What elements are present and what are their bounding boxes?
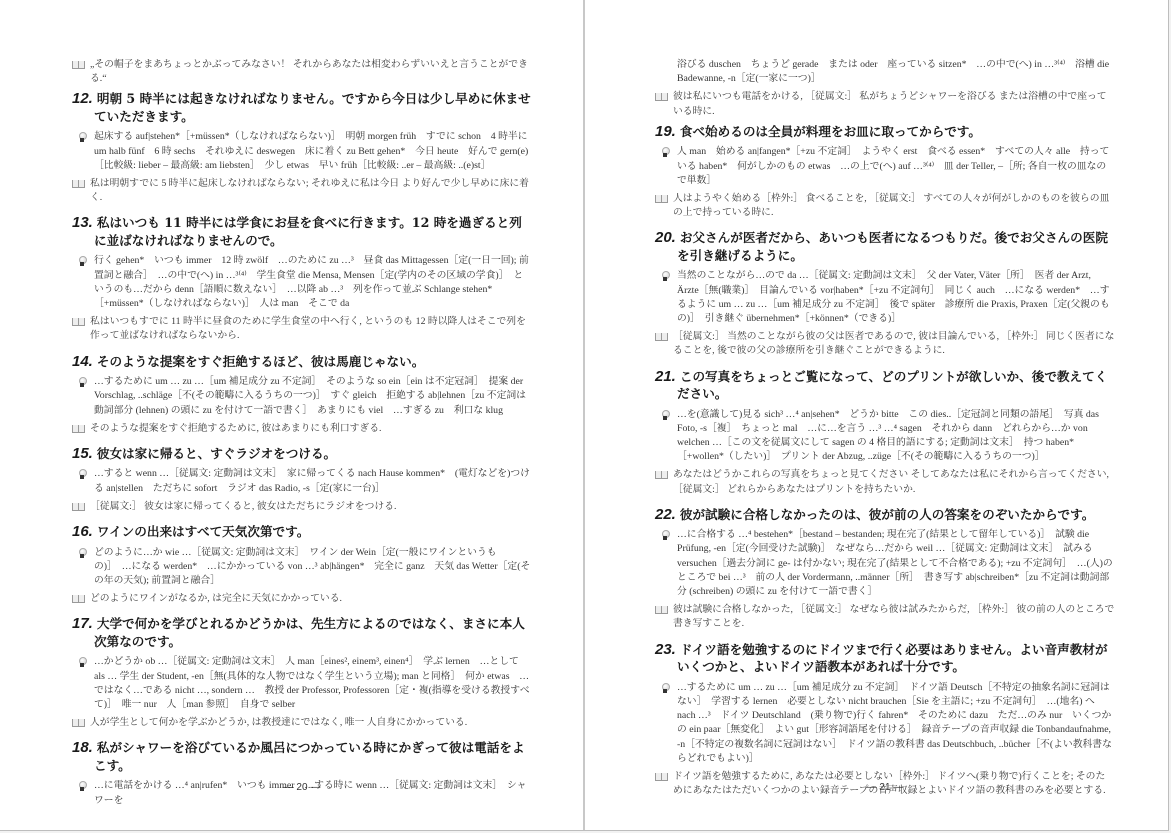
vocabulary-notes: どのように…か wie …［従属文: 定動詞は文末］ ワイン der Wein［… bbox=[78, 546, 532, 589]
exercise-number: 14. bbox=[72, 353, 93, 370]
book-spread: „その帽子をまあちょっとかぶってみなさい！ それからあなたは相変わらずいいえと言… bbox=[0, 0, 1169, 831]
exercise-number: 20. bbox=[655, 229, 676, 246]
open-book-icon bbox=[655, 606, 668, 614]
exercise-title: 21.この写真をちょっとご覧になって、どのプリントが欲しいか、後で教えてください… bbox=[655, 368, 1115, 403]
exercise-title: 23.ドイツ語を勉強するのにドイツまで行く必要はありません。よい音声教材がいくつ… bbox=[655, 641, 1115, 676]
open-book-icon bbox=[72, 719, 85, 727]
literal-translation: 人はようやく始める［枠外:］ 食べることを, ［従属文:］ すべての人々が何がし… bbox=[655, 192, 1115, 220]
exercise-number: 23. bbox=[655, 641, 676, 658]
exercise-item-22: 22.彼が試験に合格しなかったのは、彼が前の人の答案をのぞいたからです。 …に合… bbox=[655, 506, 1115, 632]
vocabulary-notes: …するために um … zu …［um 補足成分 zu 不定詞］ そのような s… bbox=[78, 375, 532, 418]
exercise-number: 19. bbox=[655, 123, 676, 140]
literal-translation: 彼は試験に合格しなかった, ［従属文:］ なぜなら彼は試みたからだ, ［枠外:］… bbox=[655, 603, 1115, 631]
exercise-item-14: 14.そのような提案をすぐ拒絶するほど、彼は馬鹿じゃない。 …するために um … bbox=[72, 353, 532, 436]
exercise-title: 18.私がシャワーを浴びているか風呂につかっている時にかぎって彼は電話をよこす。 bbox=[72, 739, 532, 774]
literal-translation: あなたはどうかこれらの写真をちょっと見てください そしてあなたは私にそれから言っ… bbox=[655, 468, 1115, 496]
page-number-left: — 20 — bbox=[72, 782, 532, 793]
open-book-icon bbox=[655, 333, 668, 341]
light-bulb-icon bbox=[78, 469, 86, 480]
open-book-icon bbox=[655, 93, 668, 101]
vocabulary-notes: …するために um … zu …［um 補足成分 zu 不定詞］ ドイツ語 De… bbox=[661, 681, 1115, 766]
exercise-number: 16. bbox=[72, 523, 93, 540]
open-book-icon bbox=[72, 61, 85, 69]
left-page: „その帽子をまあちょっとかぶってみなさい！ それからあなたは相変わらずいいえと言… bbox=[72, 58, 532, 817]
exercise-item-18: 18.私がシャワーを浴びているか風呂につかっている時にかぎって彼は電話をよこす。… bbox=[72, 739, 532, 807]
open-book-icon bbox=[655, 773, 668, 781]
carryover-literal: „その帽子をまあちょっとかぶってみなさい！ それからあなたは相変わらずいいえと言… bbox=[72, 58, 532, 86]
light-bulb-icon bbox=[661, 530, 669, 541]
vocabulary-notes: 起床する auf|stehen*［+müssen*（しなければならない)］ 明朝… bbox=[78, 130, 532, 173]
open-book-icon bbox=[72, 425, 85, 433]
exercise-number: 17. bbox=[72, 615, 93, 632]
carryover-vocabulary: 浴びる duschen ちょうど gerade または oder 座っている s… bbox=[661, 58, 1115, 86]
light-bulb-icon bbox=[661, 683, 669, 694]
exercise-title: 17.大学で何かを学びとれるかどうかは、先生方によるのではなく、まさに本人次第な… bbox=[72, 615, 532, 650]
exercise-title: 15.彼女は家に帰ると、すぐラジオをつける。 bbox=[72, 445, 532, 463]
exercise-number: 21. bbox=[655, 368, 676, 385]
open-book-icon bbox=[72, 318, 85, 326]
open-book-icon bbox=[72, 503, 85, 511]
literal-translation: 私はいつもすでに 11 時半に昼食のために学生食堂の中へ行く, というのも 12… bbox=[72, 315, 532, 343]
exercise-number: 15. bbox=[72, 445, 93, 462]
exercise-item-19: 19.食べ始めるのは全員が料理をお皿に取ってからです。 人 man 始める an… bbox=[655, 123, 1115, 221]
exercise-number: 12. bbox=[72, 90, 93, 107]
light-bulb-icon bbox=[661, 147, 669, 158]
vocabulary-notes: …かどうか ob …［従属文: 定動詞は文末］ 人 man［eines², ei… bbox=[78, 655, 532, 712]
exercise-title: 12.明朝 5 時半には起きなければなりません。ですから今日は少し早めに休ませて… bbox=[72, 90, 532, 125]
exercise-title: 20.お父さんが医者だから、あいつも医者になるつもりだ。後でお父さんの医院を引き… bbox=[655, 229, 1115, 264]
light-bulb-icon bbox=[661, 410, 669, 421]
exercise-item-16: 16.ワインの出来はすべて天気次第です。 どのように…か wie …［従属文: … bbox=[72, 523, 532, 606]
exercise-number: 22. bbox=[655, 506, 676, 523]
literal-translation: ［従属文:］ 彼女は家に帰ってくると, 彼女はただちにラジオをつける. bbox=[72, 500, 532, 514]
literal-translation: 人が学生として何かを学ぶかどうか, は教授達にではなく, 唯一 人自身にかかって… bbox=[72, 716, 532, 730]
exercise-title: 16.ワインの出来はすべて天気次第です。 bbox=[72, 523, 532, 541]
light-bulb-icon bbox=[78, 657, 86, 668]
page-number-right: — 21 — bbox=[655, 782, 1115, 793]
exercise-item-21: 21.この写真をちょっとご覧になって、どのプリントが欲しいか、後で教えてください… bbox=[655, 368, 1115, 497]
exercise-item-13: 13.私はいつも 11 時半には学食にお昼を食べに行きます。12 時を過ぎると列… bbox=[72, 214, 532, 343]
vocabulary-notes: 当然のことながら…ので da …［従属文: 定動詞は文末］ 父 der Vate… bbox=[661, 269, 1115, 326]
exercise-item-12: 12.明朝 5 時半には起きなければなりません。ですから今日は少し早めに休ませて… bbox=[72, 90, 532, 205]
exercise-title: 22.彼が試験に合格しなかったのは、彼が前の人の答案をのぞいたからです。 bbox=[655, 506, 1115, 524]
light-bulb-icon bbox=[78, 377, 86, 388]
exercise-number: 13. bbox=[72, 214, 93, 231]
open-book-icon bbox=[655, 471, 668, 479]
open-book-icon bbox=[72, 180, 85, 188]
vocabulary-notes: 人 man 始める an|fangen*［+zu 不定詞］ ようやく erst … bbox=[661, 145, 1115, 188]
page-divider bbox=[583, 0, 585, 830]
light-bulb-icon bbox=[78, 132, 86, 143]
vocabulary-notes: …に合格する …⁴ bestehen*［bestand – bestanden;… bbox=[661, 528, 1115, 599]
open-book-icon bbox=[72, 595, 85, 603]
light-bulb-icon bbox=[78, 548, 86, 559]
vocabulary-notes: …を(意識して)見る sich³ …⁴ an|sehen* どうか bitte … bbox=[661, 408, 1115, 465]
exercise-item-17: 17.大学で何かを学びとれるかどうかは、先生方によるのではなく、まさに本人次第な… bbox=[72, 615, 532, 730]
literal-translation: どのようにワインがなるか, は完全に天気にかかっている. bbox=[72, 592, 532, 606]
exercise-number: 18. bbox=[72, 739, 93, 756]
exercise-item-23: 23.ドイツ語を勉強するのにドイツまで行く必要はありません。よい音声教材がいくつ… bbox=[655, 641, 1115, 799]
right-page: 浴びる duschen ちょうど gerade または oder 座っている s… bbox=[655, 58, 1115, 807]
literal-translation: そのような提案をすぐ拒絶するために, 彼はあまりにも利口すぎる. bbox=[72, 422, 532, 436]
light-bulb-icon bbox=[78, 256, 86, 267]
exercise-title: 14.そのような提案をすぐ拒絶するほど、彼は馬鹿じゃない。 bbox=[72, 353, 532, 371]
carryover-literal: 彼は私にいつも電話をかける, ［従属文:］ 私がちょうどシャワーを浴びる または… bbox=[655, 90, 1115, 118]
exercise-title: 19.食べ始めるのは全員が料理をお皿に取ってからです。 bbox=[655, 123, 1115, 141]
open-book-icon bbox=[655, 195, 668, 203]
literal-translation: 私は明朝すでに 5 時半に起床しなければならない; それゆえに私は今日 より好ん… bbox=[72, 177, 532, 205]
exercise-item-15: 15.彼女は家に帰ると、すぐラジオをつける。 …すると wenn …［従属文: … bbox=[72, 445, 532, 514]
literal-translation: ［従属文:］ 当然のことながら彼の父は医者であるので, 彼は目論んでいる, ［枠… bbox=[655, 330, 1115, 358]
vocabulary-notes: …すると wenn …［従属文: 定動詞は文末］ 家に帰ってくる nach Ha… bbox=[78, 467, 532, 495]
light-bulb-icon bbox=[661, 271, 669, 282]
exercise-item-20: 20.お父さんが医者だから、あいつも医者になるつもりだ。後でお父さんの医院を引き… bbox=[655, 229, 1115, 358]
exercise-title: 13.私はいつも 11 時半には学食にお昼を食べに行きます。12 時を過ぎると列… bbox=[72, 214, 532, 249]
vocabulary-notes: 行く gehen* いつも immer 12 時 zwölf …のために zu … bbox=[78, 254, 532, 311]
